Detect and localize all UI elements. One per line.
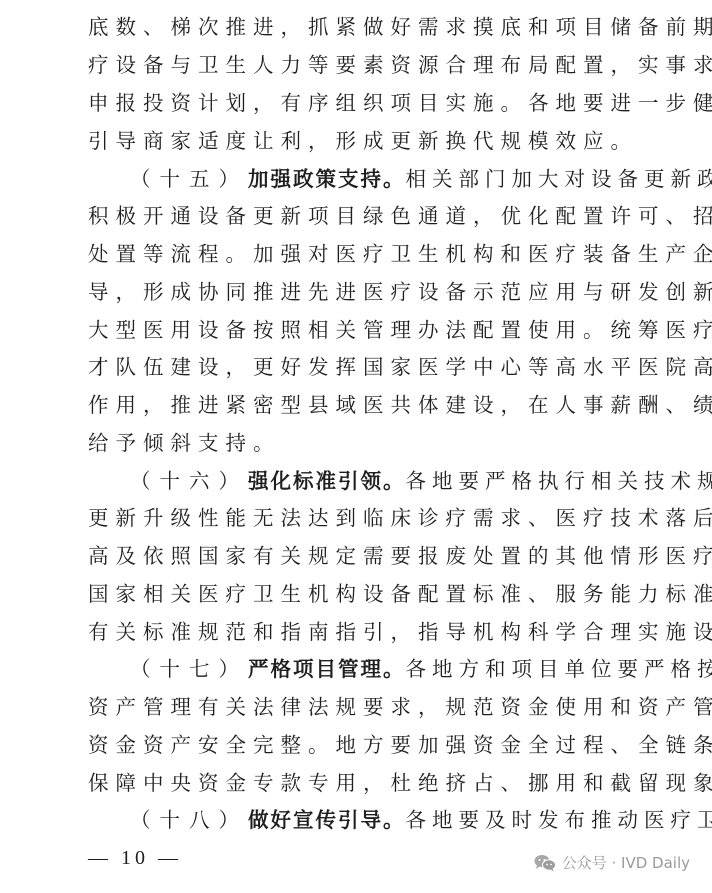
- text-line: 大型医用设备按照相关管理办法配置使用。统筹医疗设备配置与人: [88, 315, 640, 345]
- page-number: — 10 —: [88, 843, 182, 873]
- section-heading: 做好宣传引导。: [248, 805, 406, 835]
- text-line: 资产管理有关法律法规要求，规范资金使用和资产管理工作，确保: [88, 692, 640, 722]
- text-line: 给予倾斜支持。: [88, 428, 640, 458]
- section-number: （十五）: [130, 164, 248, 194]
- section-15-first-line: （十五） 加强政策支持。 相关部门加大对设备更新政策支持，: [130, 164, 640, 194]
- section-text: 各地要及时发布推动医疗卫生领域设: [406, 805, 712, 835]
- text-line: 作用，推进紧密型县域医共体建设，在人事薪酬、绩效考核等方面: [88, 390, 640, 420]
- text-line: 保障中央资金专款专用，杜绝挤占、挪用和截留现象发生。: [88, 768, 640, 798]
- document-page: 底数、梯次推进，抓紧做好需求摸底和项目储备前期工作，统筹医 疗设备与卫生人力等要…: [0, 0, 712, 893]
- text-line: 更新升级性能无法达到临床诊疗需求、医疗技术落后或维修成本过: [88, 503, 640, 533]
- section-17-first-line: （十七） 严格项目管理。 各地方和项目单位要严格按照资金、: [130, 654, 640, 684]
- text-line: 疗设备与卫生人力等要素资源合理布局配置，实事求是、科学合理: [88, 50, 640, 80]
- section-number: （十六）: [130, 466, 248, 496]
- text-line: 高及依照国家有关规定需要报废处置的其他情形医疗设备，并根据: [88, 541, 640, 571]
- text-line: 导，形成协同推进先进医疗设备示范应用与研发创新的政策合力。: [88, 277, 640, 307]
- section-heading: 强化标准引领。: [248, 466, 406, 496]
- text-line: 引导商家适度让利，形成更新换代规模效应。: [88, 126, 640, 156]
- text-line: 资金资产安全完整。地方要加强资金全过程、全链条、全方位监管，: [88, 730, 640, 760]
- section-number: （十七）: [130, 654, 248, 684]
- section-18-first-line: （十八） 做好宣传引导。 各地要及时发布推动医疗卫生领域设: [130, 805, 640, 835]
- text-line: 底数、梯次推进，抓紧做好需求摸底和项目储备前期工作，统筹医: [88, 12, 640, 42]
- section-text: 相关部门加大对设备更新政策支持，: [406, 164, 712, 194]
- section-text: 各地方和项目单位要严格按照资金、: [406, 654, 712, 684]
- text-line: 有关标准规范和指南指引，指导机构科学合理实施设备更新。: [88, 617, 640, 647]
- wechat-icon: [534, 854, 556, 872]
- text-line: 国家相关医疗卫生机构设备配置标准、服务能力标准等，制订完善: [88, 579, 640, 609]
- section-heading: 加强政策支持。: [248, 164, 406, 194]
- text-line: 才队伍建设，更好发挥国家医学中心等高水平医院高质量发展示范: [88, 352, 640, 382]
- text-line: 处置等流程。加强对医疗卫生机构和医疗装备生产企业的政策指: [88, 239, 640, 269]
- section-16-first-line: （十六） 强化标准引领。 各地要严格执行相关技术规范，优先: [130, 466, 640, 496]
- watermark-text: 公众号 · IVD Daily: [562, 852, 690, 874]
- section-number: （十八）: [130, 805, 248, 835]
- text-line: 申报投资计划，有序组织项目实施。各地要进一步健全政策措施，: [88, 88, 640, 118]
- text-line: 积极开通设备更新项目绿色通道，优化配置许可、招标采购、资产: [88, 201, 640, 231]
- watermark: 公众号 · IVD Daily: [534, 852, 690, 874]
- section-text: 各地要严格执行相关技术规范，优先: [406, 466, 712, 496]
- section-heading: 严格项目管理。: [248, 654, 406, 684]
